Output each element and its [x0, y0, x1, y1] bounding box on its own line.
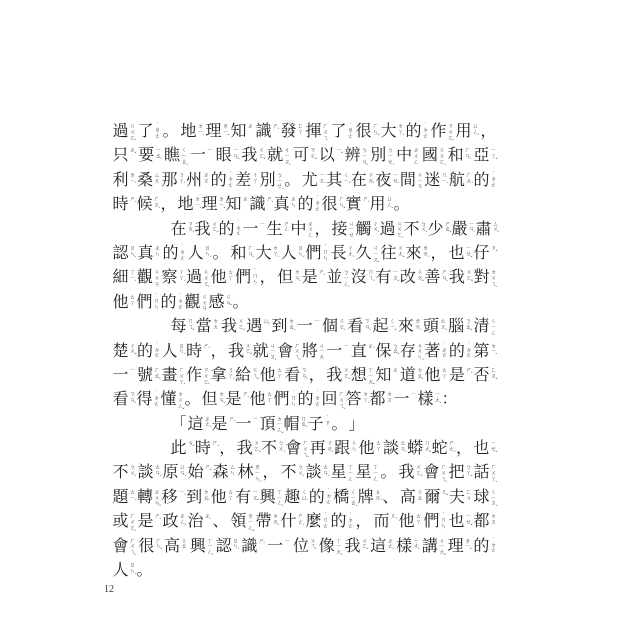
- hanzi-character: 們: [136, 293, 153, 313]
- hanzi-with-zhuyin: 很ㄏㄣˇ: [321, 195, 345, 215]
- hanzi-character: 講: [421, 537, 438, 560]
- hanzi-character: 很: [355, 122, 372, 142]
- zhuyin-annotation: ㄖㄣˊ: [297, 244, 304, 264]
- zhuyin-annotation: ㄅㄨˊ: [278, 439, 285, 459]
- hanzi-with-zhuyin: 候ㄏㄡˋ: [136, 195, 160, 215]
- hanzi-with-zhuyin: 識ㄕˋ: [241, 537, 265, 557]
- hanzi-with-zhuyin: 治ㄓˋ: [187, 512, 211, 532]
- hanzi-character: 他: [424, 366, 441, 386]
- zhuyin-annotation: ㄊㄢˊ: [399, 439, 406, 459]
- hanzi-with-zhuyin: 沒ㄇㄟˊ: [350, 268, 374, 288]
- hanzi-with-zhuyin: 觀ㄍㄨㄢ: [184, 293, 208, 313]
- text-line: 他ㄊㄚ們˙ㄇㄣ的˙ㄉㄜ觀ㄍㄨㄢ感ㄍㄢˇ。: [112, 293, 497, 317]
- zhuyin-annotation: ㄊㄚ: [227, 268, 234, 288]
- zhuyin-annotation: ㄒㄧㄤˇ: [367, 366, 374, 389]
- hanzi-with-zhuyin: 一ㄧ: [393, 390, 417, 410]
- zhuyin-annotation: ㄌㄧˇ: [222, 122, 229, 142]
- hanzi-with-zhuyin: 但ㄉㄢˋ: [201, 390, 225, 410]
- zhuyin-annotation: ㄌㄧㄣˊ: [254, 463, 261, 486]
- hanzi-character: 生: [266, 220, 283, 240]
- hanzi-character: 得: [136, 390, 153, 410]
- hanzi-character: 也: [448, 244, 465, 264]
- hanzi-with-zhuyin: 這ㄓㄜˋ: [187, 415, 211, 435]
- zhuyin-annotation: ㄌㄧˇ: [218, 195, 225, 215]
- hanzi-with-zhuyin: 牌ㄆㄞˊ: [357, 488, 381, 508]
- zhuyin-annotation: ㄐㄧㄤˇ: [438, 537, 445, 560]
- hanzi-character: 。: [331, 415, 348, 435]
- zhuyin-annotation: ㄉㄠˋ: [416, 366, 423, 386]
- hanzi-with-zhuyin: 就ㄐㄧㄡˋ: [252, 342, 276, 365]
- hanzi-with-zhuyin: 來ㄌㄞˊ: [397, 317, 421, 337]
- hanzi-with-zhuyin: 的˙ㄉㄜ: [297, 390, 321, 410]
- text-block: 過ㄍㄨㄛˋ了˙ㄌㄜ。地ㄉㄧˋ理ㄌㄧˇ知ㄓ識ㄕˋ發ㄈㄚ揮ㄏㄨㄟ了˙ㄌㄜ很ㄏㄣˇ大ㄉ…: [112, 122, 497, 585]
- zhuyin-annotation: ㄓㄡ: [203, 171, 210, 191]
- hanzi-character: 了: [330, 122, 347, 142]
- zhuyin-annotation: ㄧㄝˇ: [465, 512, 472, 532]
- text-line: 「這ㄓㄜˋ是ㄕˋ一ㄧ頂ㄉㄧㄥˇ帽ㄇㄠˋ子˙ㄗ。」: [112, 415, 497, 439]
- zhuyin-annotation: ㄏㄤˊ: [465, 171, 472, 191]
- zhuyin-annotation: ㄒㄧㄥ: [347, 463, 354, 483]
- hanzi-with-zhuyin: 善ㄕㄢˋ: [424, 268, 448, 288]
- zhuyin-annotation: ㄉㄡ: [490, 512, 497, 532]
- hanzi-character: 真: [273, 195, 290, 215]
- hanzi-with-zhuyin: 都ㄉㄡ: [369, 390, 393, 410]
- hanzi-character: 頂: [259, 415, 276, 438]
- hanzi-character: 否: [473, 366, 490, 386]
- zhuyin-annotation: ㄒㄧㄤˋ: [335, 537, 342, 560]
- zhuyin-annotation: ㄕˋ: [266, 195, 273, 215]
- hanzi-character: 看: [284, 366, 301, 386]
- zhuyin-annotation: ㄆㄞˊ: [374, 488, 381, 508]
- hanzi-character: 作: [186, 366, 203, 389]
- zhuyin-annotation: ㄊㄡˊ: [440, 317, 447, 337]
- hanzi-character: 在: [170, 220, 187, 240]
- zhuyin-annotation: ㄋㄠˇ: [465, 317, 472, 337]
- hanzi-with-zhuyin: 中ㄓㄨㄥ: [396, 146, 420, 166]
- hanzi-character: 森: [212, 463, 229, 483]
- hanzi-with-zhuyin: 一ㄧ: [326, 342, 350, 362]
- zhuyin-annotation: ㄕㄜˊ: [297, 512, 304, 532]
- hanzi-with-zhuyin: 會ㄏㄨㄟˋ: [423, 463, 447, 486]
- hanzi-character: 尤: [301, 171, 318, 191]
- hanzi-character: 談: [305, 463, 322, 483]
- hanzi-with-zhuyin: 他ㄊㄚ: [398, 512, 422, 532]
- hanzi-with-zhuyin: 他ㄊㄚ: [424, 366, 448, 386]
- zhuyin-annotation: ㄧㄡˊ: [318, 171, 325, 191]
- hanzi-character: 那: [161, 171, 178, 191]
- hanzi-with-zhuyin: 嚴ㄧㄢˊ: [451, 220, 475, 240]
- zhuyin-annotation: ㄨㄛˇ: [211, 220, 218, 240]
- hanzi-character: ，: [219, 439, 236, 459]
- zhuyin-annotation: ㄑㄧㄥ: [490, 317, 497, 337]
- hanzi-character: 懂: [160, 390, 177, 413]
- zhuyin-annotation: ㄏㄨㄟˋ: [294, 342, 301, 365]
- hanzi-character: 來: [405, 244, 422, 264]
- hanzi-character: 給: [235, 366, 252, 386]
- hanzi-with-zhuyin: 認ㄖㄣˋ: [112, 244, 136, 264]
- zhuyin-annotation: ㄕㄠˇ: [444, 220, 451, 240]
- hanzi-with-zhuyin: 揮ㄏㄨㄟ: [305, 122, 329, 142]
- hanzi-with-zhuyin: 懂ㄉㄨㄥˇ: [160, 390, 184, 413]
- hanzi-with-zhuyin: 蛇ㄕㄜˊ: [431, 439, 455, 459]
- text-line: 每ㄇㄟˇ當ㄉㄤ我ㄨㄛˇ遇ㄩˋ到ㄉㄠˋ一ㄧ個ㄍㄜˋ看ㄎㄢˋ起ㄑㄧˇ來ㄌㄞˊ頭ㄊㄡˊ…: [112, 317, 497, 341]
- hanzi-with-zhuyin: 用ㄩㄥˋ: [369, 195, 393, 215]
- zhuyin-annotation: ㄩㄥˋ: [472, 122, 479, 142]
- hanzi-character: 眼: [215, 146, 232, 166]
- punctuation-mark: 。: [284, 171, 301, 191]
- hanzi-with-zhuyin: 過ㄍㄨㄛˋ: [112, 122, 136, 145]
- hanzi-with-zhuyin: 再ㄗㄞˋ: [309, 439, 333, 459]
- hanzi-character: 了: [137, 122, 154, 142]
- hanzi-with-zhuyin: 趣ㄑㄩˋ: [284, 488, 308, 508]
- zhuyin-annotation: ㄒㄧˋ: [129, 268, 136, 288]
- hanzi-character: 高: [399, 488, 416, 508]
- hanzi-with-zhuyin: 的˙ㄉㄜ: [137, 342, 161, 362]
- hanzi-with-zhuyin: 帶ㄉㄞˋ: [255, 512, 279, 532]
- hanzi-character: 善: [424, 268, 441, 288]
- punctuation-mark: ，: [160, 195, 177, 215]
- hanzi-with-zhuyin: 知ㄓ: [375, 366, 399, 386]
- hanzi-with-zhuyin: 肅ㄙㄨˋ: [475, 220, 499, 240]
- hanzi-character: 知: [230, 122, 247, 142]
- hanzi-character: 遇: [246, 317, 263, 337]
- hanzi-with-zhuyin: 用ㄩㄥˋ: [455, 122, 479, 142]
- hanzi-with-zhuyin: 們˙ㄇㄣ: [305, 244, 329, 264]
- hanzi-with-zhuyin: 往ㄨㄤˇ: [380, 244, 404, 264]
- hanzi-character: 航: [448, 171, 465, 191]
- punctuation-mark: 。: [393, 195, 410, 215]
- hanzi-with-zhuyin: 州ㄓㄡ: [186, 171, 210, 191]
- hanzi-character: 起: [372, 317, 389, 337]
- punctuation-mark: 、: [382, 488, 399, 508]
- zhuyin-annotation: ㄏㄨㄟˋ: [440, 463, 447, 486]
- zhuyin-annotation: ㄉㄢˋ: [294, 268, 301, 288]
- hanzi-with-zhuyin: 要ㄧㄠˋ: [138, 146, 162, 166]
- zhuyin-annotation: ㄨㄛˇ: [238, 317, 245, 337]
- hanzi-with-zhuyin: 著˙ㄓㄜ: [424, 342, 448, 362]
- hanzi-with-zhuyin: 橋ㄑㄧㄠˊ: [333, 488, 357, 511]
- hanzi-character: 、: [382, 488, 399, 508]
- punctuation-mark: 。: [380, 463, 397, 483]
- hanzi-character: 不: [280, 463, 297, 483]
- zhuyin-annotation: ㄊㄢˊ: [322, 463, 329, 483]
- hanzi-character: 星: [355, 463, 372, 483]
- hanzi-character: 是: [448, 366, 465, 386]
- hanzi-character: ，: [210, 342, 227, 362]
- hanzi-with-zhuyin: 我ㄨㄛˇ: [241, 146, 265, 166]
- hanzi-with-zhuyin: 一ㄧ: [235, 415, 259, 435]
- hanzi-character: 不: [261, 439, 278, 459]
- zhuyin-annotation: ㄨㄛˇ: [253, 439, 260, 459]
- zhuyin-annotation: ㄇㄤˇ: [424, 439, 431, 459]
- hanzi-character: 他: [210, 488, 227, 508]
- hanzi-character: 認: [112, 244, 129, 264]
- hanzi-character: 。: [184, 390, 201, 410]
- hanzi-with-zhuyin: 時ㄕˊ: [194, 439, 218, 459]
- hanzi-with-zhuyin: 別ㄅㄧㄝˊ: [370, 146, 394, 169]
- zhuyin-annotation: ㄎㄢˋ: [129, 390, 136, 410]
- zhuyin-annotation: ㄨㄤˇ: [397, 244, 404, 264]
- hanzi-with-zhuyin: 人ㄖㄣˊ: [280, 244, 304, 264]
- hanzi-character: 對: [473, 268, 490, 291]
- hanzi-with-zhuyin: 理ㄌㄧˇ: [205, 122, 229, 142]
- zhuyin-annotation: ㄅㄨˋ: [129, 463, 136, 483]
- zhuyin-annotation: ㄐㄧㄡˋ: [269, 342, 276, 365]
- hanzi-character: 久: [355, 244, 372, 267]
- zhuyin-annotation: ˙ㄉㄜ: [154, 342, 161, 362]
- zhuyin-annotation: ㄩㄢˊ: [179, 463, 186, 483]
- punctuation-mark: ，: [480, 122, 497, 142]
- hanzi-with-zhuyin: 長ㄔㄤˊ: [330, 244, 354, 264]
- hanzi-character: 麼: [305, 512, 322, 532]
- hanzi-character: 當: [195, 317, 212, 337]
- zhuyin-annotation: ㄧㄤˋ: [434, 390, 441, 410]
- hanzi-with-zhuyin: 其ㄑㄧˊ: [326, 171, 350, 191]
- hanzi-character: 少: [427, 220, 444, 240]
- hanzi-with-zhuyin: 興ㄒㄧㄥˋ: [259, 488, 283, 511]
- hanzi-character: 。: [136, 561, 153, 581]
- hanzi-with-zhuyin: 跟ㄍㄣ: [334, 439, 358, 459]
- hanzi-with-zhuyin: 拿ㄋㄚˊ: [210, 366, 234, 386]
- zhuyin-annotation: ㄍㄨㄢ: [154, 268, 161, 288]
- hanzi-character: ，: [262, 463, 279, 483]
- hanzi-with-zhuyin: 清ㄑㄧㄥ: [473, 317, 497, 337]
- zhuyin-annotation: ˙ㄉㄜ: [490, 537, 497, 557]
- zhuyin-annotation: ㄓㄥˋ: [179, 512, 186, 532]
- zhuyin-annotation: ㄉㄧˋ: [194, 195, 201, 215]
- hanzi-with-zhuyin: 的˙ㄉㄜ: [297, 195, 321, 215]
- hanzi-with-zhuyin: 帽ㄇㄠˋ: [283, 415, 307, 435]
- zhuyin-annotation: ㄇㄟˇ: [187, 317, 194, 337]
- hanzi-with-zhuyin: 第ㄉㄧˋ: [473, 342, 497, 362]
- punctuation-mark: 。: [184, 390, 201, 410]
- zhuyin-annotation: ㄌㄞˊ: [414, 317, 421, 337]
- hanzi-character: 要: [138, 146, 155, 166]
- hanzi-with-zhuyin: 那ㄋㄚˋ: [161, 171, 185, 191]
- hanzi-with-zhuyin: 尤ㄧㄡˊ: [301, 171, 325, 191]
- zhuyin-annotation: ㄅㄧㄢˋ: [361, 146, 368, 169]
- hanzi-with-zhuyin: 實ㄕˊ: [345, 195, 369, 215]
- hanzi-with-zhuyin: 原ㄩㄢˊ: [162, 463, 186, 483]
- hanzi-character: 很: [138, 537, 155, 557]
- hanzi-with-zhuyin: 只ㄓˇ: [112, 146, 136, 166]
- zhuyin-annotation: ㄑㄩˋ: [301, 488, 308, 508]
- zhuyin-annotation: ㄍㄞˇ: [416, 268, 423, 288]
- zhuyin-annotation: ㄖㄣˊ: [204, 244, 211, 264]
- zhuyin-annotation: ㄩㄥˋ: [386, 195, 393, 215]
- hanzi-with-zhuyin: 國ㄍㄨㄛˊ: [421, 146, 445, 169]
- hanzi-character: 迷: [424, 171, 441, 191]
- hanzi-with-zhuyin: 森ㄙㄣ: [212, 463, 236, 483]
- zhuyin-annotation: ㄋㄚˋ: [178, 171, 185, 191]
- hanzi-character: 地: [180, 122, 197, 142]
- hanzi-with-zhuyin: 過ㄍㄨㄛˋ: [186, 268, 210, 291]
- hanzi-character: 瞧: [164, 146, 181, 169]
- hanzi-character: 此: [170, 439, 187, 459]
- hanzi-character: 但: [201, 390, 218, 410]
- hanzi-character: 看: [347, 317, 364, 337]
- zhuyin-annotation: ㄕˊ: [203, 342, 210, 362]
- hanzi-character: ：: [441, 390, 458, 410]
- hanzi-character: 答: [345, 390, 362, 410]
- text-line: 或ㄏㄨㄛˋ是ㄕˋ政ㄓㄥˋ治ㄓˋ、領ㄌㄧㄥˇ帶ㄉㄞˋ什ㄕㄜˊ麼˙ㄇㄜ的˙ㄉㄜ，而ㄦ…: [112, 512, 497, 536]
- hanzi-character: 存: [399, 342, 416, 365]
- zhuyin-annotation: ㄓㄣ: [290, 195, 297, 215]
- punctuation-mark: ，: [456, 439, 473, 459]
- zhuyin-annotation: ˙ㄇㄣ: [252, 268, 259, 288]
- hanzi-with-zhuyin: 的˙ㄉㄜ: [448, 342, 472, 362]
- hanzi-with-zhuyin: 畫ㄏㄨㄚˋ: [161, 366, 185, 389]
- hanzi-with-zhuyin: 政ㄓㄥˋ: [162, 512, 186, 532]
- hanzi-character: 理: [205, 122, 222, 142]
- hanzi-character: 亞: [473, 146, 490, 166]
- hanzi-with-zhuyin: 會ㄏㄨㄟˋ: [112, 537, 136, 560]
- hanzi-character: 移: [161, 488, 178, 508]
- punctuation-mark: 。: [232, 293, 249, 313]
- hanzi-character: 觀: [184, 293, 201, 313]
- hanzi-with-zhuyin: 是ㄕˋ: [301, 268, 325, 288]
- hanzi-with-zhuyin: 細ㄒㄧˋ: [112, 268, 136, 288]
- hanzi-character: 改: [399, 268, 416, 288]
- hanzi-with-zhuyin: 真ㄓㄣ: [273, 195, 297, 215]
- hanzi-with-zhuyin: 頭ㄊㄡˊ: [423, 317, 447, 337]
- hanzi-character: 的: [297, 390, 314, 410]
- zhuyin-annotation: ㄅㄨˋ: [297, 463, 304, 483]
- hanzi-character: 他: [398, 512, 415, 532]
- hanzi-character: 人: [161, 342, 178, 362]
- hanzi-character: 一: [189, 146, 206, 166]
- hanzi-character: 拿: [210, 366, 227, 386]
- hanzi-with-zhuyin: 感ㄍㄢˇ: [208, 293, 232, 313]
- hanzi-with-zhuyin: 題ㄊㄧˊ: [112, 488, 136, 508]
- zhuyin-annotation: ㄕˋ: [465, 366, 472, 386]
- zhuyin-annotation: ㄧˇ: [335, 146, 342, 166]
- zhuyin-annotation: ㄕˋ: [242, 390, 249, 410]
- hanzi-with-zhuyin: 真ㄓㄣ: [137, 244, 161, 264]
- hanzi-character: 的: [218, 220, 235, 240]
- text-line: 在ㄗㄞˋ我ㄨㄛˇ的˙ㄉㄜ一ㄧ生ㄕㄥ中ㄓㄨㄥ，接ㄐㄧㄝ觸ㄔㄨˋ過ㄍㄨㄛˋ不ㄅㄨˋ少…: [112, 220, 497, 244]
- zhuyin-annotation: ㄅㄨˋ: [420, 220, 427, 240]
- text-line: 人ㄖㄣˊ。: [112, 561, 497, 585]
- hanzi-with-zhuyin: 可ㄎㄜˇ: [292, 146, 316, 166]
- zhuyin-annotation: ㄕˋ: [154, 512, 161, 532]
- hanzi-character: 沒: [350, 268, 367, 288]
- zhuyin-annotation: ㄧㄡˇ: [392, 268, 399, 288]
- hanzi-character: 過: [186, 268, 203, 291]
- zhuyin-annotation: ㄕˋ: [318, 268, 325, 288]
- hanzi-character: 清: [473, 317, 490, 337]
- hanzi-with-zhuyin: 了˙ㄌㄜ: [137, 122, 161, 142]
- hanzi-character: 。: [393, 195, 410, 215]
- zhuyin-annotation: ㄉㄠˋ: [288, 317, 295, 337]
- hanzi-character: 知: [375, 366, 392, 386]
- hanzi-with-zhuyin: 是ㄕˋ: [225, 390, 249, 410]
- hanzi-character: 談: [382, 439, 399, 459]
- hanzi-with-zhuyin: 的˙ㄉㄜ: [218, 220, 242, 240]
- zhuyin-annotation: ㄗㄞˋ: [326, 439, 333, 459]
- zhuyin-annotation: ㄊㄚ: [415, 512, 422, 532]
- zhuyin-annotation: ㄩˋ: [263, 317, 270, 337]
- hanzi-character: 我: [241, 146, 258, 166]
- zhuyin-annotation: ˙ㄗ: [324, 415, 331, 435]
- hanzi-character: 興: [189, 537, 206, 560]
- hanzi-with-zhuyin: 們˙ㄇㄣ: [235, 268, 259, 288]
- hanzi-character: 觀: [137, 268, 154, 288]
- hanzi-with-zhuyin: 不ㄅㄨˋ: [112, 463, 136, 483]
- punctuation-mark: ，: [355, 512, 372, 532]
- zhuyin-annotation: ㄒㄧㄥˋ: [206, 537, 213, 560]
- zhuyin-annotation: ㄧ: [259, 220, 266, 240]
- hanzi-with-zhuyin: 迷ㄇㄧˊ: [424, 171, 448, 191]
- hanzi-with-zhuyin: 有ㄧㄡˇ: [235, 488, 259, 508]
- hanzi-character: 時: [112, 195, 129, 215]
- hanzi-character: 一: [112, 366, 129, 386]
- hanzi-character: 。: [232, 293, 249, 313]
- hanzi-character: 我: [344, 537, 361, 557]
- hanzi-character: 的: [473, 537, 490, 557]
- zhuyin-annotation: ㄧ: [313, 317, 320, 337]
- punctuation-mark: 。: [212, 244, 229, 264]
- text-line: 題ㄊㄧˊ轉ㄓㄨㄢˇ移ㄧˊ到ㄉㄠˋ他ㄊㄚ有ㄧㄡˇ興ㄒㄧㄥˋ趣ㄑㄩˋ的˙ㄉㄜ橋ㄑㄧㄠ…: [112, 488, 497, 512]
- punctuation-mark: ，: [259, 268, 276, 288]
- hanzi-character: 、: [212, 512, 229, 532]
- hanzi-with-zhuyin: 講ㄐㄧㄤˇ: [421, 537, 445, 560]
- hanzi-character: 真: [137, 244, 154, 264]
- hanzi-with-zhuyin: 他ㄊㄚ: [259, 366, 283, 386]
- hanzi-character: 領: [230, 512, 247, 535]
- hanzi-with-zhuyin: 我ㄨㄛˇ: [194, 220, 218, 240]
- hanzi-with-zhuyin: 觸ㄔㄨˋ: [355, 220, 379, 240]
- hanzi-with-zhuyin: 也ㄧㄝˇ: [473, 439, 497, 459]
- hanzi-with-zhuyin: 而ㄦˊ: [373, 512, 397, 532]
- hanzi-character: 時: [194, 439, 211, 459]
- hanzi-with-zhuyin: 號ㄏㄠˋ: [137, 366, 161, 386]
- hanzi-with-zhuyin: 航ㄏㄤˊ: [448, 171, 472, 191]
- text-line: 一ㄧ號ㄏㄠˋ畫ㄏㄨㄚˋ作ㄗㄨㄛˋ拿ㄋㄚˊ給ㄍㄟˇ他ㄊㄚ看ㄎㄢˋ，我ㄨㄛˇ想ㄒㄧㄤ…: [112, 366, 497, 390]
- hanzi-character: 這: [370, 537, 387, 557]
- punctuation-mark: ，: [430, 244, 447, 264]
- hanzi-with-zhuyin: 他ㄊㄚ: [358, 439, 382, 459]
- hanzi-with-zhuyin: 的˙ㄉㄜ: [162, 244, 186, 264]
- hanzi-character: 我: [194, 220, 211, 240]
- zhuyin-annotation: ㄅㄚˇ: [465, 463, 472, 483]
- hanzi-character: 腦: [448, 317, 465, 337]
- zhuyin-annotation: ㄧ: [206, 146, 213, 166]
- zhuyin-annotation: ㄉㄤ: [212, 317, 219, 337]
- hanzi-character: 。: [162, 122, 179, 142]
- zhuyin-annotation: ㄇㄟˊ: [367, 268, 374, 288]
- hanzi-character: 並: [326, 268, 343, 291]
- hanzi-character: 談: [137, 463, 154, 483]
- hanzi-with-zhuyin: 將ㄐㄧㄤ: [301, 342, 325, 362]
- zhuyin-annotation: ㄓㄣ: [154, 244, 161, 264]
- zhuyin-annotation: ㄊㄚ: [276, 366, 283, 386]
- hanzi-with-zhuyin: 不ㄅㄨˋ: [403, 220, 427, 240]
- hanzi-with-zhuyin: 和ㄏㄢˋ: [230, 244, 254, 264]
- hanzi-with-zhuyin: 的˙ㄉㄜ: [405, 122, 429, 142]
- zhuyin-annotation: ㄌㄧˋ: [129, 171, 136, 191]
- zhuyin-annotation: ㄨㄛˇ: [245, 342, 252, 362]
- zhuyin-annotation: ㄖㄣˊ: [178, 342, 185, 362]
- zhuyin-annotation: ㄉㄢˋ: [218, 390, 225, 410]
- hanzi-character: 嚴: [451, 220, 468, 240]
- hanzi-with-zhuyin: 地ㄉㄧˋ: [180, 122, 204, 142]
- hanzi-character: 畫: [161, 366, 178, 389]
- zhuyin-annotation: ˙ㄇㄣ: [322, 244, 329, 264]
- hanzi-character: 的: [162, 244, 179, 264]
- hanzi-with-zhuyin: 大ㄉㄚˋ: [380, 122, 404, 142]
- zhuyin-annotation: ㄧㄡˇ: [252, 488, 259, 508]
